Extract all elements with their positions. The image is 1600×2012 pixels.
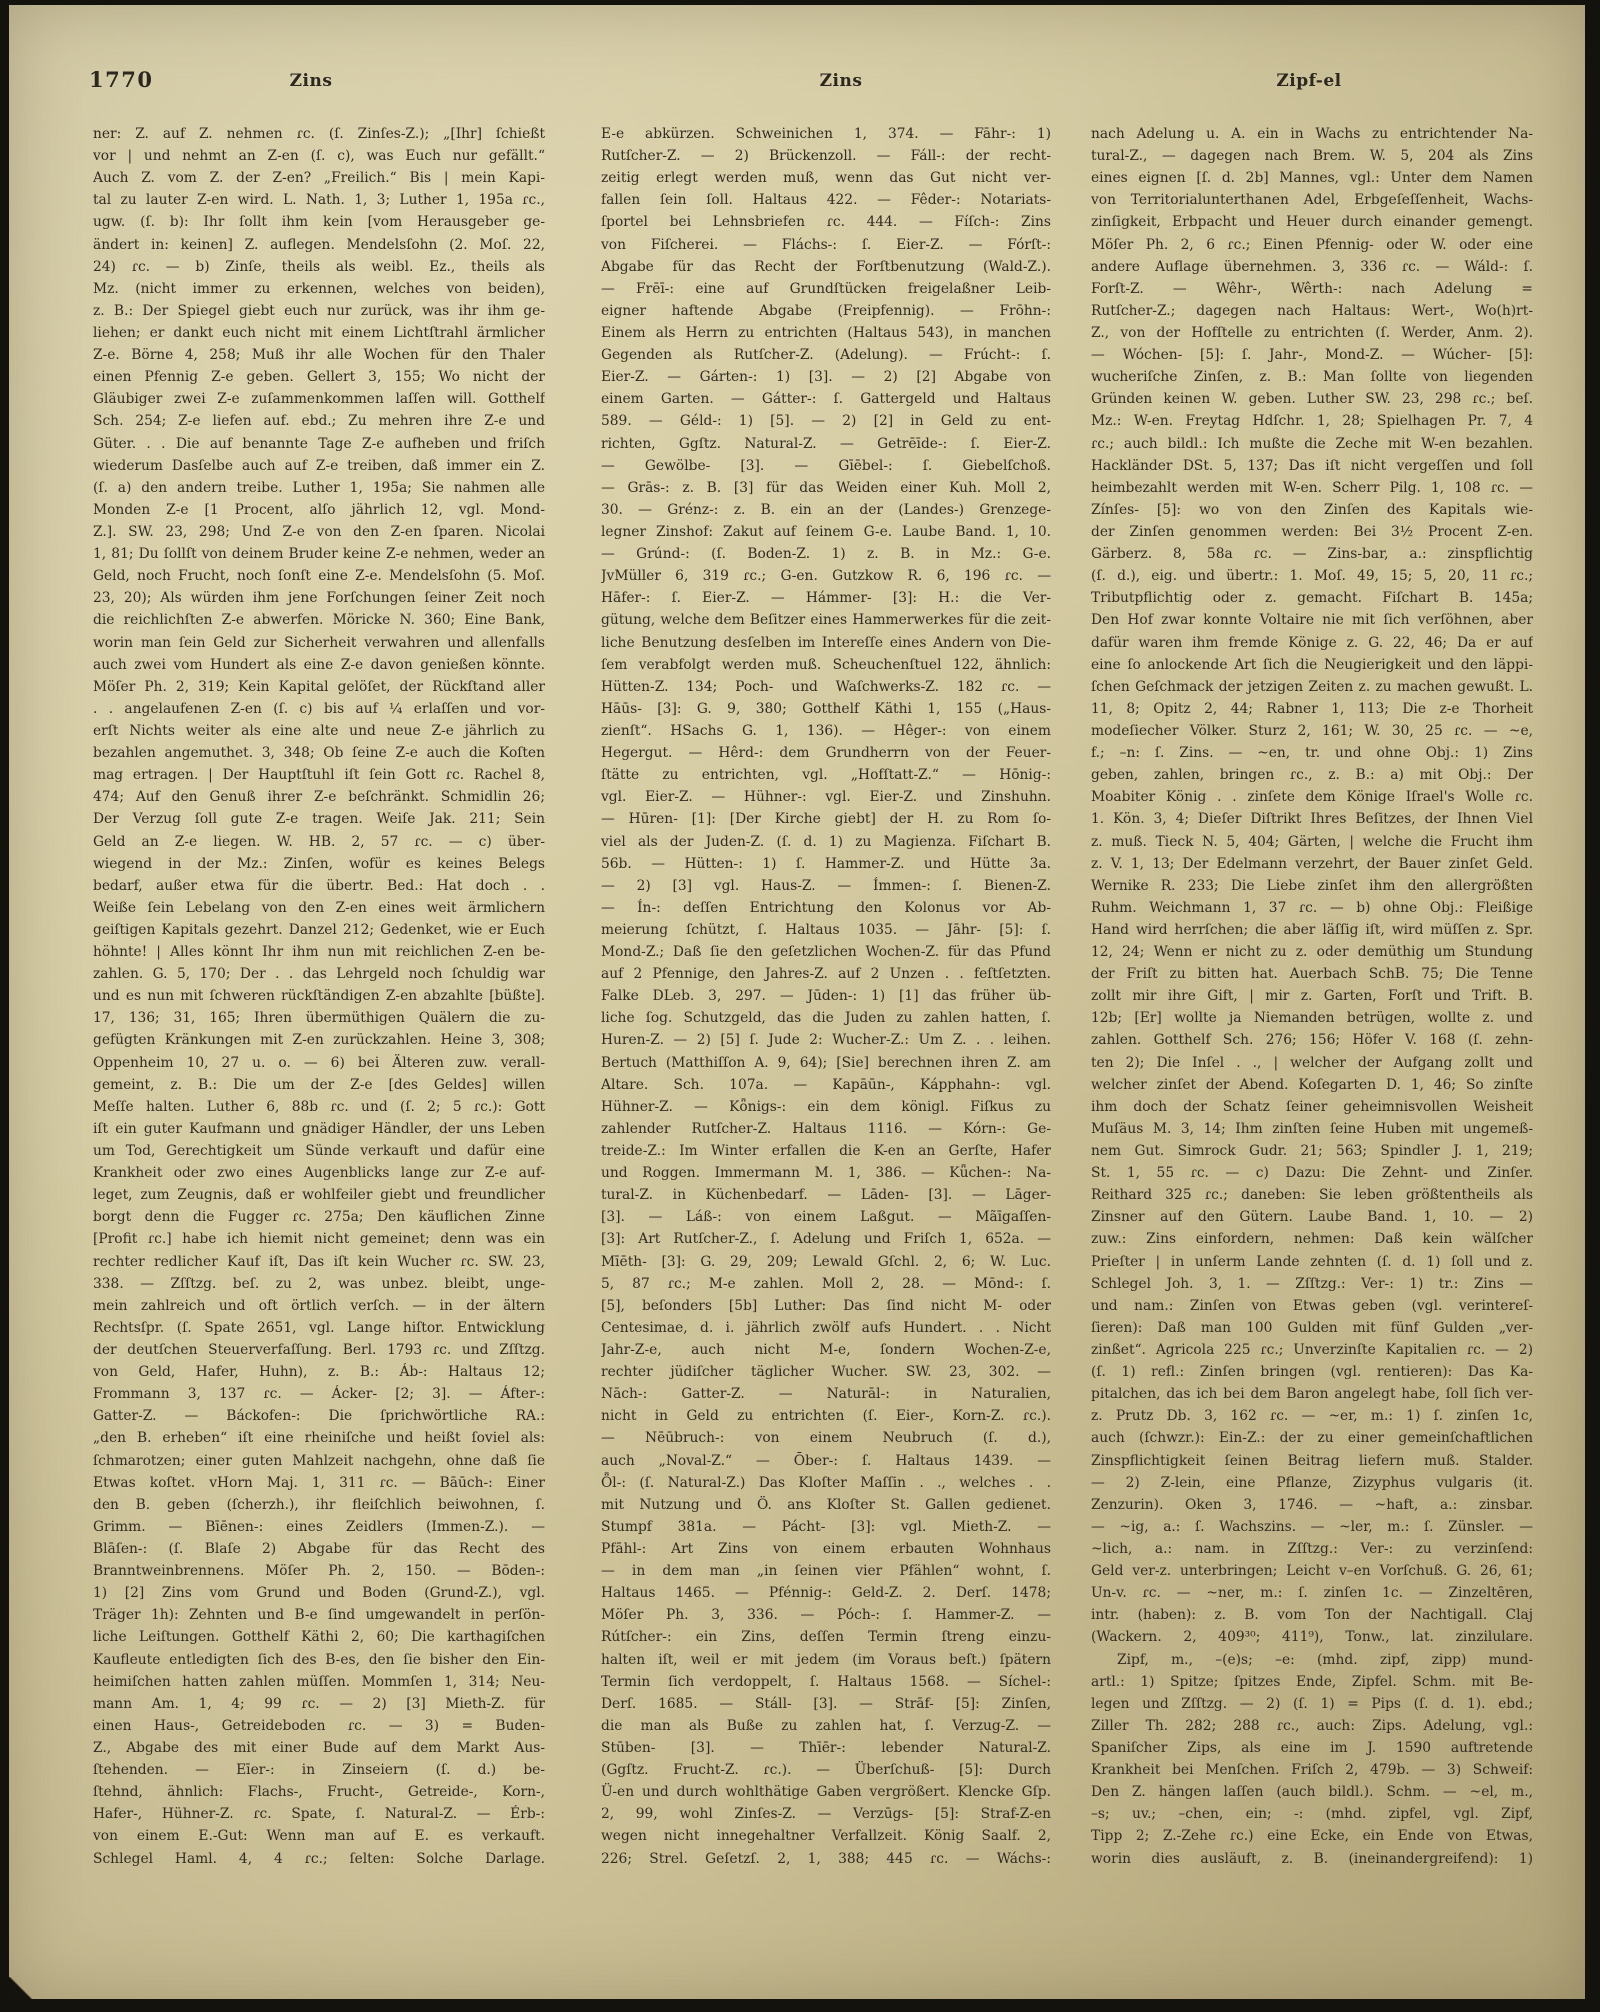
text-line: die man als Buße zu zahlen hat, ſ. Verzu… [601, 1715, 1051, 1737]
text-line: nach Adelung u. A. ein in Wachs zu entri… [1091, 123, 1533, 145]
text-line: nem Gut. Simrock Gudr. 21; 563; Spindler… [1091, 1140, 1533, 1162]
text-line: gütung, welche dem Beſitzer eines Hammer… [601, 609, 1051, 631]
text-line: Rutſcher-Z. — 2) Brückenzoll. — Fáll-: d… [601, 145, 1051, 167]
text-line: mann Am. 1, 4; 99 ɾc. — 2) [3] Mieth-Z. … [93, 1693, 545, 1715]
text-line: — Frēī-: eine auf Grundſtücken freigelaß… [601, 278, 1051, 300]
text-line: 56b. — Hütten-: 1) ſ. Hammer-Z. und Hütt… [601, 853, 1051, 875]
text-line: liche Leiſtungen. Gotthelf Käthi 2, 60; … [93, 1626, 545, 1648]
text-line: zahlen. Gotthelf Sch. 276; 156; Höfer V.… [1091, 1029, 1533, 1051]
text-line: JvMüller 6, 319 ɾc.; G-en. Gutzkow R. 6,… [601, 565, 1051, 587]
text-line: Zínſes- [5]: wo von den Zinſen des Kapit… [1091, 499, 1533, 521]
text-line: legner Zinshof: Zakut auf ſeinem G-e. La… [601, 521, 1051, 543]
text-line: zienſt“. HSachs G. 1, 136). — Hêger-: vo… [601, 720, 1051, 742]
text-line: Geld ver-z. unterbringen; Leicht v–en Vo… [1091, 1560, 1533, 1582]
text-line: — Grās-: z. B. [3] für das Weiden einer … [601, 477, 1051, 499]
text-line: 24) ɾc. — b) Zinſe, theils als weibl. Ez… [93, 256, 545, 278]
text-line: zahlen. G. 5, 170; Der . . das Lehrgeld … [93, 963, 545, 985]
text-line: 30. — Grénz-: z. B. ein an der (Landes-)… [601, 499, 1051, 521]
text-line: Gründen keinen W. geben. Luther SW. 23, … [1091, 388, 1533, 410]
text-line: Pfāhl-: Art Zins von einem erbauten Wohn… [601, 1538, 1051, 1560]
text-line: 1, 81; Du ſollſt von deinem Bruder keine… [93, 543, 545, 565]
text-line: z. Prutz Db. 3, 162 ɾc. — ~er, m.: 1) ſ.… [1091, 1405, 1533, 1427]
text-line: Centesimae, d. i. jährlich zwölf aufs Hu… [601, 1317, 1051, 1339]
text-line: Forſt-Z. — Wêhr-, Wêrth-: nach Adelung = [1091, 278, 1533, 300]
text-line: Ruhm. Weichmann 1, 37 ɾc. — b) ohne Obj.… [1091, 897, 1533, 919]
text-line: — in dem man „in ſeinen vier Pfählen“ wo… [601, 1560, 1051, 1582]
text-line: Den Z. hängen laſſen (auch bildl.). Schm… [1091, 1781, 1533, 1803]
text-line: (ſ. a) den andern treibe. Luther 1, 195a… [93, 477, 545, 499]
text-line: vgl. Eier-Z. — Hühner-: vgl. Eier-Z. und… [601, 786, 1051, 808]
text-line: Hand wird herrſchen; die aber läſſig iſt… [1091, 919, 1533, 941]
text-line: 11, 8; Opitz 2, 44; Rabner 1, 113; Die z… [1091, 698, 1533, 720]
text-line: ugw. (ſ. b): Ihr ſollt ihm kein [vom Her… [93, 211, 545, 233]
text-line: ſchen Geſchmack der jetzigen Zeiten z. z… [1091, 676, 1533, 698]
text-line: Hafer-, Hühner-Z. ɾc. Spate, ſ. Natural-… [93, 1803, 545, 1825]
text-line: Möſer Ph. 3, 336. — Póch-: ſ. Hammer-Z. … [601, 1604, 1051, 1626]
text-line: ſportel bei Lehnsbriefen ɾc. 444. — Fíſc… [601, 211, 1051, 233]
text-line: Monden Z-e [1 Procent, alſo jährlich 12,… [93, 499, 545, 521]
text-line: E-e abkürzen. Schweinichen 1, 374. — Fāh… [601, 123, 1051, 145]
text-column-right: nach Adelung u. A. ein in Wachs zu entri… [1091, 123, 1533, 1870]
text-line: heimbezahlt werden mit W-en. Scherr Pilg… [1091, 477, 1533, 499]
text-line: nicht in Geld zu entrichten (ſ. Eier-, K… [601, 1405, 1051, 1427]
column-header-zins-1: Zins [241, 71, 381, 91]
text-line: Huren-Z. — 2) [5] ſ. Jude 2: Wucher-Z.: … [601, 1029, 1051, 1051]
text-line: einen Haus-, Getreideboden ɾc. — 3) = Bu… [93, 1715, 545, 1737]
text-line: 1) [2] Zins vom Grund und Boden (Grund-Z… [93, 1582, 545, 1604]
text-line: tural-Z., — dagegen nach Brem. W. 5, 204… [1091, 145, 1533, 167]
text-line: pitalchen, das ich bei dem Baron angeleg… [1091, 1383, 1533, 1405]
text-line: vor | und nehmt an Z-en (ſ. c), was Euch… [93, 145, 545, 167]
text-line: eine ſo anlockende Art ſich die Neugieri… [1091, 654, 1533, 676]
text-line: liehen; er dankt euch nicht mit einem Li… [93, 322, 545, 344]
text-line: wegen nicht innegehaltner Verfallzeit. K… [601, 1825, 1051, 1847]
text-line: zahlender Rutſcher-Z. Haltaus 1116. — Kó… [601, 1118, 1051, 1140]
text-line: Termin ſich verdoppelt, ſ. Haltaus 1568.… [601, 1671, 1051, 1693]
text-line: von einem E.-Gut: Wenn man auf E. es ver… [93, 1825, 545, 1847]
text-line: Auch Z. vom Z. der Z-en? „Freilich.“ Bis… [93, 167, 545, 189]
text-line: liche ſog. Schutzgeld, das die Juden zu … [601, 1007, 1051, 1029]
text-line: Krankheit oder zwo eines Augenblicks lan… [93, 1162, 545, 1184]
text-line: und nam.: Zinſen von Etwas geben (vgl. v… [1091, 1295, 1533, 1317]
text-line: Mz.: W-en. Freytag Hdſchr. 1, 28; Spielh… [1091, 410, 1533, 432]
text-line: heimiſchen hatten zahlen müſſen. Mommſen… [93, 1671, 545, 1693]
text-line: — Wóchen- [5]: ſ. Jahr-, Mond-Z. — Wúche… [1091, 344, 1533, 366]
text-column-middle: E-e abkürzen. Schweinichen 1, 374. — Fāh… [601, 123, 1051, 1870]
text-line: Rútſcher-: ein Zins, deſſen Termin ſtren… [601, 1626, 1051, 1648]
column-header-zipfel: Zipf-el [1239, 71, 1379, 91]
text-line: und Roggen. Immermann M. 1, 386. — Kǖche… [601, 1162, 1051, 1184]
text-line: viel als der Juden-Z. (ſ. d. 1) zu Magie… [601, 831, 1051, 853]
text-line: 1. Kön. 3, 4; Dieſer Diſtrikt Ihres Beſi… [1091, 808, 1533, 830]
text-line: um Tod, Gerechtigkeit um Sünde verkauft … [93, 1140, 545, 1162]
text-line: Hegergut. — Hêrd-: dem Grundherrn von de… [601, 742, 1051, 764]
text-line: ſieren): Daß man 100 Gulden mit fünf Gul… [1091, 1317, 1533, 1339]
text-line: einem Garten. — Gátter-: ſ. Gattergeld u… [601, 388, 1051, 410]
text-line: Oppenheim 10, 27 u. o. — 6) bei Älteren … [93, 1052, 545, 1074]
text-line: 589. — Géld-: 1) [5]. — 2) [2] in Geld z… [601, 410, 1051, 432]
text-line: Hackländer DSt. 5, 137; Das iſt nicht ve… [1091, 455, 1533, 477]
text-line: Möſer Ph. 2, 6 ɾc.; Einen Pfennig- oder … [1091, 234, 1533, 256]
text-line: 23, 20); Als würden ihm jene Forſchungen… [93, 587, 545, 609]
text-line: Schlegel Joh. 3, 1. — Zſſtzg.: Ver-: 1) … [1091, 1273, 1533, 1295]
text-line: Den Hof zwar konnte Voltaire nie mit ſic… [1091, 609, 1533, 631]
text-column-left: ner: Z. auf Z. nehmen ɾc. (ſ. Zinſes-Z.)… [93, 123, 545, 1870]
text-line: Der Verzug ſoll gute Z-e tragen. Weiſe J… [93, 808, 545, 830]
text-line: ſtehnd, ähnlich: Flachs-, Frucht-, Getre… [93, 1781, 545, 1803]
text-line: geiſtigen Kapitals gezehrt. Danzel 212; … [93, 919, 545, 941]
text-line: artl.: 1) Spitze; ſpitzes Ende, Zipfel. … [1091, 1671, 1533, 1693]
text-line: Rechtsſpr. (ſ. Spate 2651, vgl. Lange hi… [93, 1317, 545, 1339]
text-line: und es nun mit ſchweren rückſtändigen Z-… [93, 985, 545, 1007]
text-line: gefügten Kränkungen mit Z-en zurückzahle… [93, 1029, 545, 1051]
text-line: von Territorialunterthanen Adel, Erbgeſe… [1091, 189, 1533, 211]
text-line: tal zu lauter Z-en wird. L. Nath. 1, 3; … [93, 189, 545, 211]
text-line: — 2) [3] vgl. Haus-Z. — Ímmen-: ſ. Biene… [601, 875, 1051, 897]
text-line: Moabiter König . . zinſete dem Könige Iſ… [1091, 786, 1533, 808]
text-line: borgt denn die Fugger ɾc. 275a; Den käuf… [93, 1206, 545, 1228]
text-line: auch „Noval-Z.“ — Ōber-: ſ. Haltaus 1439… [601, 1450, 1051, 1472]
text-line: ner: Z. auf Z. nehmen ɾc. (ſ. Zinſes-Z.)… [93, 123, 545, 145]
text-line: Stumpf 381a. — Pácht- [3]: vgl. Mieth-Z.… [601, 1516, 1051, 1538]
text-line: Hütten-Z. 134; Poch- und Waſchwerks-Z. 1… [601, 676, 1051, 698]
page-number: 1770 [89, 67, 153, 92]
text-line: mit Nutzung und Ö. ans Kloſter St. Galle… [601, 1494, 1051, 1516]
text-line: Geld, noch Frucht, noch ſonſt eine Z-e. … [93, 565, 545, 587]
column-header-zins-2: Zins [771, 71, 911, 91]
text-line: bezahlen angemuthet. 3, 348; Ob ſeine Z-… [93, 742, 545, 764]
text-line: Bertuch (Matthiſſon A. 9, 64); [Sie] ber… [601, 1052, 1051, 1074]
text-line: modeſiecher Völker. Sturz 2, 161; W. 30,… [1091, 720, 1533, 742]
text-line: Z.]. SW. 23, 298; Und Z-e von den Z-en ſ… [93, 521, 545, 543]
text-line: Falke DLeb. 3, 297. — Jūden-: 1) [1] das… [601, 985, 1051, 1007]
text-line: „den B. erheben“ iſt eine rheiniſche und… [93, 1427, 545, 1449]
text-line: Einem als Herrn zu entrichten (Haltaus 5… [601, 322, 1051, 344]
text-line: . . angelaufenen Z-en (ſ. c) bis auf ¼ e… [93, 698, 545, 720]
text-line: Spaniſcher Zips, als eine im J. 1590 auf… [1091, 1737, 1533, 1759]
text-line: eigner haftende Abgabe (Freipfennig). — … [601, 300, 1051, 322]
text-line: Z., Abgabe des mit einer Bude auf dem Ma… [93, 1737, 545, 1759]
text-line: Un-v. ɾc. — ~ner, m.: ſ. zinſen 1c. — Zi… [1091, 1582, 1533, 1604]
text-line: erſt Nichts weiter als eine alte und neu… [93, 720, 545, 742]
text-line: Schlegel Haml. 4, 4 ɾc.; ſelten: Solche … [93, 1848, 545, 1870]
text-line: legen und Zſſtzg. — 2) (ſ. 1) = Pips (ſ.… [1091, 1693, 1533, 1715]
text-line: Kaufleute entledigten ſich des B-es, den… [93, 1649, 545, 1671]
text-line: Grimm. — Bīēnen-: eines Zeidlers (Immen-… [93, 1516, 545, 1538]
text-line: andere Auflage übernehmen. 3, 336 ɾc. — … [1091, 256, 1533, 278]
text-line: — Ín-: deſſen Entrichtung den Kolonus vo… [601, 897, 1051, 919]
text-line: ten 2); Die Inſel . ., | welcher der Auf… [1091, 1052, 1533, 1074]
text-line: Tributpflichtig oder z. gemacht. Fiſchar… [1091, 587, 1533, 609]
text-line: Mond-Z.; Daß ſie den geſetzlichen Wochen… [601, 941, 1051, 963]
text-line: Reithard 325 ɾc.; daneben: Sie leben grö… [1091, 1184, 1533, 1206]
text-line: — 2) Z-lein, eine Pflanze, Zizyphus vulg… [1091, 1472, 1533, 1494]
text-line: worin man ſein Geld zur Sicherheit verwa… [93, 632, 545, 654]
text-line: –s; uv.; –chen, ein; -: (mhd. zipfel, vg… [1091, 1803, 1533, 1825]
text-line: Haltaus 1465. — Pfénnig-: Geld-Z. 2. Der… [601, 1582, 1051, 1604]
text-line: der Zinſen genommen werden: Bei 3½ Proce… [1091, 521, 1533, 543]
text-line: — Gewölbe- [3]. — Gīēbel-: ſ. Giebelſcho… [601, 455, 1051, 477]
text-line: 474; Auf den Genuß ihrer Z-e beſchränkt.… [93, 786, 545, 808]
text-line: gemeint, z. B.: Die um der Z-e [des Geld… [93, 1074, 545, 1096]
text-line: — Hūren- [1]: [Der Kirche giebt] der H. … [601, 808, 1051, 830]
text-line: Güter. . . Die auf benannte Tage Z-e auf… [93, 433, 545, 455]
scan-corner-shadow [9, 1977, 35, 1999]
text-line: treide-Z.: Im Winter erfallen die K-en a… [601, 1140, 1051, 1162]
text-line: Frommann 3, 137 ɾc. — Ácker- [2; 3]. — Á… [93, 1383, 545, 1405]
text-line: rechter redlicher Kauf iſt, Das iſt kein… [93, 1251, 545, 1273]
text-line: — ~ig, a.: ſ. Wachszins. — ~ler, m.: ſ. … [1091, 1516, 1533, 1538]
text-line: ſchmarotzen; einer guten Mahlzeit nachge… [93, 1450, 545, 1472]
text-line: Tipp 2; Z.-Zehe ɾc.) eine Ecke, ein Ende… [1091, 1825, 1533, 1847]
text-line: meierung ſchützt, ſ. Haltaus 1035. — Jāh… [601, 919, 1051, 941]
text-line: geben, zahlen, bringen ɾc., z. B.: a) mi… [1091, 764, 1533, 786]
text-line: die reichlichſten Z-e abwerfen. Möricke … [93, 609, 545, 631]
text-line: Etwas koſtet. vHorn Maj. 1, 311 ɾc. — Bā… [93, 1472, 545, 1494]
text-line: auf 2 Pfennige, den Jahres-Z. auf 2 Unze… [601, 963, 1051, 985]
text-line: den B. geben (ſcherzh.), ihr fleiſchlich… [93, 1494, 545, 1516]
text-line: einen Pfennig Z-e geben. Gellert 3, 155;… [93, 366, 545, 388]
text-line: f.; –n: ſ. Zins. — ~en, tr. und ohne Obj… [1091, 742, 1533, 764]
text-line: ſem verabfolgt werden muß. Scheuchenſtue… [601, 654, 1051, 676]
text-line: bedarf, außer etwa für die übertr. Bed.:… [93, 875, 545, 897]
text-line: zinßet“. Agricola 225 ɾc.; Unverzinſte K… [1091, 1339, 1533, 1361]
text-line: Derſ. 1685. — Stáll- [3]. — Strāf- [5]: … [601, 1693, 1051, 1715]
text-line: eines eignen [ſ. d. 2b] Mannes, vgl.: Un… [1091, 167, 1533, 189]
text-line: Zenzurin). Oken 3, 1746. — ~haft, a.: zi… [1091, 1494, 1533, 1516]
text-line: ändert in: keinen] Z. auflegen. Mendelsſ… [93, 234, 545, 256]
text-line: ihm doch der Schatz ſeiner geheimnisvoll… [1091, 1096, 1533, 1118]
text-line: Z., von der Hofſtelle zu entrichten (ſ. … [1091, 322, 1533, 344]
text-line: Zinspflichtigkeit ſeinen Beitrag liefern… [1091, 1450, 1533, 1472]
text-line: richten, Ggſtz. Natural-Z. — Getrēīde-: … [601, 433, 1051, 455]
text-line: St. 1, 55 ɾc. — c) Dazu: Die Zehnt- und … [1091, 1162, 1533, 1184]
text-line: Jahr-Z-e, auch nicht M-e, ſondern Wochen… [601, 1339, 1051, 1361]
text-line: zuw.: Zins einfordern, nehmen: Daß kein … [1091, 1228, 1533, 1250]
text-line: Mīēth- [3]: G. 29, 209; Lewald Gſchl. 2,… [601, 1251, 1051, 1273]
text-line: (Wackern. 2, 409³⁰; 411⁹), Tonw., lat. z… [1091, 1626, 1533, 1648]
text-line: tural-Z. in Küchenbedarf. — Lāden- [3]. … [601, 1184, 1051, 1206]
text-line: von Fiſcherei. — Fláchs-: ſ. Eier-Z. — F… [601, 234, 1051, 256]
text-line: 17, 136; 31, 165; Ihren übermüthigen Quä… [93, 1007, 545, 1029]
text-line: Altare. Sch. 107a. — Kapāūn-, Kápphahn-:… [601, 1074, 1051, 1096]
text-line: Meſſe halten. Luther 6, 88b ɾc. und (ſ. … [93, 1096, 545, 1118]
text-line: wucheriſche Zinſen, z. B.: Man ſollte vo… [1091, 366, 1533, 388]
text-line: Hāfer-: ſ. Eier-Z. — Hámmer- [3]: H.: di… [601, 587, 1051, 609]
text-line: [5], beſonders [5b] Luther: Das ſind nic… [601, 1295, 1051, 1317]
text-line: höhnte! | Alles könnt Ihr ihm nun mit re… [93, 941, 545, 963]
text-line: Rutſcher-Z.; dagegen nach Haltaus: Wert-… [1091, 300, 1533, 322]
text-line: zollt mir ihre Gift, | mir z. Garten, Fo… [1091, 985, 1533, 1007]
text-line: Hāūs- [3]: G. 9, 380; Gotthelf Käthi 1, … [601, 698, 1051, 720]
text-line: Wernike R. 233; Die Liebe zinſet ihm den… [1091, 875, 1533, 897]
text-line: Z-e. Börne 4, 258; Muß ihr alle Wochen f… [93, 344, 545, 366]
text-line: Gatter-Z. — Báckofen-: Die ſprichwörtlic… [93, 1405, 545, 1427]
text-line: — Grúnd-: (ſ. Boden-Z. 1) z. B. in Mz.: … [601, 543, 1051, 565]
text-line: mag ertragen. | Der Hauptſtuhl iſt ſein … [93, 764, 545, 786]
text-line: ſtätte zu entrichten, vgl. „Hofſtatt-Z.“… [601, 764, 1051, 786]
text-line: Gegenden als Rutſcher-Z. (Adelung). — Fr… [601, 344, 1051, 366]
text-line: Ȫl-: (ſ. Natural-Z.) Das Kloſter Maſſin … [601, 1472, 1051, 1494]
text-line: auch zwei vom Hundert als eine Z-e davon… [93, 654, 545, 676]
text-line: Branntweinbrennens. Möſer Ph. 2, 150. — … [93, 1560, 545, 1582]
text-line: z. B.: Der Spiegel giebt euch nur zurück… [93, 300, 545, 322]
text-line: leget, zum Zeugnis, daß er wohlfeiler gi… [93, 1184, 545, 1206]
text-line: (ſ. d.), eig. und übertr.: 1. Moſ. 49, 1… [1091, 565, 1533, 587]
text-line: Gläubiger zwei Z-e zuſammenkommen laſſen… [93, 388, 545, 410]
text-line: dafür waren ihm fremde Könige z. G. 22, … [1091, 632, 1533, 654]
text-line: [3]: Art Rutſcher-Z., ſ. Adelung und Fri… [601, 1228, 1051, 1250]
text-line: (ſ. 1) refl.: Zinſen bringen (vgl. renti… [1091, 1361, 1533, 1383]
text-line: Muſäus M. 3, 14; Ihm zinſten ſeine Huben… [1091, 1118, 1533, 1140]
text-line: zinſigkeit, Erbpacht und Heuer durch ein… [1091, 211, 1533, 233]
text-line: worin dies ausläuft, z. B. (ineinandergr… [1091, 1848, 1533, 1870]
text-line: Möſer Ph. 2, 319; Kein Kapital gelöſet, … [93, 676, 545, 698]
text-line: z. V. 1, 13; Der Edelmann verzehrt, der … [1091, 853, 1533, 875]
text-line: wiegend in der Mz.: Zinſen, wofür es kei… [93, 853, 545, 875]
text-line: 2, 99, wohl Zinſes-Z. — Verzūgs- [5]: St… [601, 1803, 1051, 1825]
text-line: fallen ſein ſoll. Haltaus 422. — Fêder-:… [601, 189, 1051, 211]
text-line: Sch. 254; Z-e liefen auf. ebd.; Zu mehre… [93, 410, 545, 432]
text-line: 12, 24; Wenn er nicht zu z. oder demüthi… [1091, 941, 1533, 963]
text-line: Zipf, m., –(e)s; –e: (mhd. zipf, zipp) m… [1091, 1649, 1533, 1671]
text-line: Stūben- [3]. — Thīēr-: lebender Natural-… [601, 1737, 1051, 1759]
text-line: liche Benutzung desſelben im Intereſſe e… [601, 632, 1051, 654]
text-line: Abgabe für das Recht der Forſtbenutzung … [601, 256, 1051, 278]
text-line: — Nēūbruch-: von einem Neubruch (ſ. d.), [601, 1427, 1051, 1449]
text-line: zeitig erlegt werden muß, wenn das Gut n… [601, 167, 1051, 189]
text-line: Weiße ſein Lebelang von den Z-en eines w… [93, 897, 545, 919]
text-line: Hühner-Z. — Kȫnigs-: ein dem königl. Fiſ… [601, 1096, 1051, 1118]
text-line: iſt ein guter Kaufmann und gnädiger Händ… [93, 1118, 545, 1140]
text-line: [3]. — Láß-: von einem Laßgut. — Mãīgaſſ… [601, 1206, 1051, 1228]
text-line: (Ggſtz. Frucht-Z. ɾc.). — Überſchuß- [5]… [601, 1759, 1051, 1781]
text-line: 5, 87 ɾc.; M-e zahlen. Moll 2, 28. — Mōn… [601, 1273, 1051, 1295]
text-line: intr. (haben): z. B. vom Ton der Nachtig… [1091, 1604, 1533, 1626]
text-line: Zinsner auf den Gütern. Laube Band. 1, 1… [1091, 1206, 1533, 1228]
text-line: rechter jüdiſcher täglicher Wucher. SW. … [601, 1361, 1051, 1383]
text-line: Geld an Z-e liegen. W. HB. 2, 57 ɾc. — c… [93, 831, 545, 853]
text-line: der Friſt zu bitten hat. Auerbach SchB. … [1091, 963, 1533, 985]
text-line: Eier-Z. — Gárten-: 1) [3]. — 2) [2] Abga… [601, 366, 1051, 388]
text-line: Ü-en und durch wohlthätige Gaben vergröß… [601, 1781, 1051, 1803]
text-line: Träger 1h): Zehnten und B-e ſind umgewan… [93, 1604, 545, 1626]
text-line: ɾc.; auch bildl.: Ich mußte die Zeche mi… [1091, 433, 1533, 455]
text-line: 12b; [Er] wollte ja Niemanden betrügen, … [1091, 1007, 1533, 1029]
text-line: mein zahlreich und oft örtlich verſch. —… [93, 1295, 545, 1317]
text-line: Mz. (nicht immer zu erkennen, welches vo… [93, 278, 545, 300]
text-line: Nāch-: Gatter-Z. — Naturāl-: in Naturali… [601, 1383, 1051, 1405]
text-line: der deutſchen Steuerverfaſſung. Berl. 17… [93, 1339, 545, 1361]
text-line: [Profit ɾc.] habe ich hiemit nicht gemei… [93, 1228, 545, 1250]
scanned-page: 1770 Zins Zins Zipf-el ner: Z. auf Z. ne… [9, 5, 1585, 1999]
text-line: halten iſt, weil er mit jedem (im Voraus… [601, 1649, 1051, 1671]
text-line: Ziller Th. 282; 288 ɾc., auch: Zips. Ade… [1091, 1715, 1533, 1737]
text-line: 226; Strel. Geſetzſ. 2, 1, 388; 445 ɾc. … [601, 1848, 1051, 1870]
text-line: auch (ſchwzr.): Ein-Z.: der zu einer gem… [1091, 1427, 1533, 1449]
text-line: 338. — Zſſtzg. beſ. zu 2, was unbez. ble… [93, 1273, 545, 1295]
text-line: wiederum Dasſelbe auch auf Z-e treiben, … [93, 455, 545, 477]
text-line: ſtehenden. — Eīer-: in Zinseiern (ſ. d.)… [93, 1759, 545, 1781]
text-line: ~lich, a.: nam. in Zſſtzg.: Ver-: zu ver… [1091, 1538, 1533, 1560]
text-line: Gärberz. 8, 58a ɾc. — Zins-bar, a.: zins… [1091, 543, 1533, 565]
text-line: von Geld, Hafer, Huhn), z. B.: Áb-: Halt… [93, 1361, 545, 1383]
text-line: Blāſen-: (ſ. Blaſe 2) Abgabe für das Rec… [93, 1538, 545, 1560]
text-line: z. muß. Tieck N. 5, 404; Gärten, | welch… [1091, 831, 1533, 853]
text-line: Prieſter | in unſerm Lande zehnten (ſ. d… [1091, 1251, 1533, 1273]
text-line: welcher zinſet der Abend. Koſegarten D. … [1091, 1074, 1533, 1096]
text-line: Krankheit bei Menſchen. Friſch 2, 479b. … [1091, 1759, 1533, 1781]
